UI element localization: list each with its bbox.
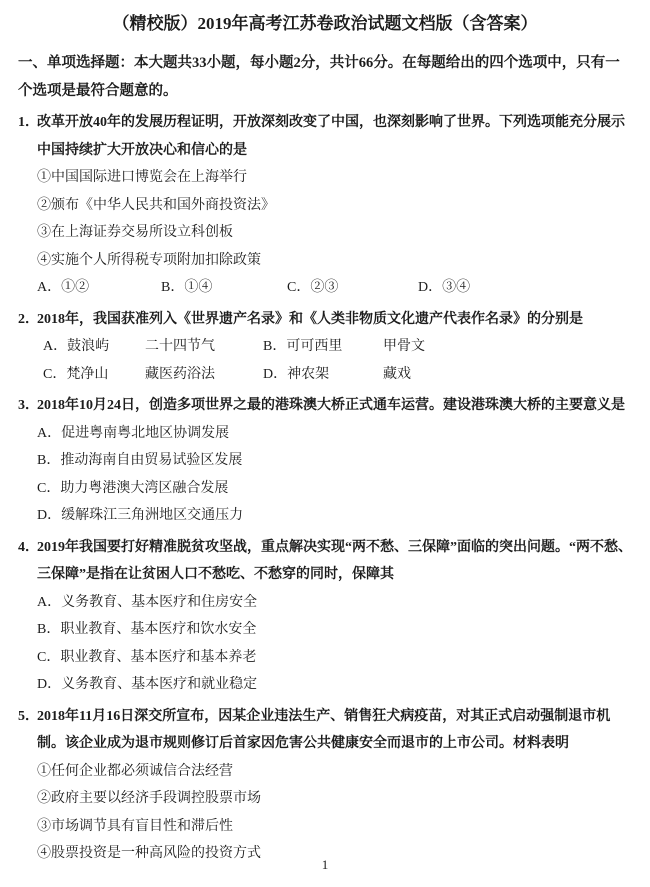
question-4-option-c: C．职业教育、基本医疗和基本养老 <box>37 644 632 672</box>
question-2-option-c2: 藏医药浴法 <box>145 361 263 389</box>
question-2-option-a: A．鼓浪屿 <box>37 333 145 361</box>
question-2-option-d2: 藏戏 <box>383 361 632 389</box>
question-1-option-d: D．③④ <box>418 274 632 302</box>
question-1-options-row: A．①② B．①④ C．②③ D．③④ <box>37 274 632 302</box>
question-4-option-b: B．职业教育、基本医疗和饮水安全 <box>37 616 632 644</box>
question-1-item-1: ①中国国际进口博览会在上海举行 <box>37 164 632 192</box>
question-1: 1． 改革开放40年的发展历程证明，开放深刻改变了中国，也深刻影响了世界。下列选… <box>18 109 632 302</box>
question-1-option-b: B．①④ <box>161 274 287 302</box>
question-4: 4． 2019年我国要打好精准脱贫攻坚战，重点解决实现“两不愁、三保障”面临的突… <box>18 534 632 699</box>
section-header: 一、单项选择题：本大题共33小题，每小题2分，共计66分。在每题给出的四个选项中… <box>18 50 632 105</box>
question-3-stem: 2018年10月24日，创造多项世界之最的港珠澳大桥正式通车运营。建设港珠澳大桥… <box>37 392 632 420</box>
question-4-number: 4． <box>18 534 39 562</box>
question-1-item-3: ③在上海证券交易所设立科创板 <box>37 219 632 247</box>
question-1-number: 1． <box>18 109 39 137</box>
page-number: 1 <box>0 857 650 873</box>
question-2-options-row-2: C．梵净山 藏医药浴法 D．神农架 藏戏 <box>37 361 632 389</box>
question-1-stem: 改革开放40年的发展历程证明，开放深刻改变了中国，也深刻影响了世界。下列选项能充… <box>37 109 632 164</box>
question-2-option-b2: 甲骨文 <box>383 333 632 361</box>
question-4-option-d: D．义务教育、基本医疗和就业稳定 <box>37 671 632 699</box>
question-2: 2． 2018年，我国获准列入《世界遗产名录》和《人类非物质文化遗产代表作名录》… <box>18 306 632 389</box>
question-3-option-b: B．推动海南自由贸易试验区发展 <box>37 447 632 475</box>
question-4-stem: 2019年我国要打好精准脱贫攻坚战，重点解决实现“两不愁、三保障”面临的突出问题… <box>37 534 632 589</box>
question-5-number: 5． <box>18 703 39 731</box>
question-2-option-b: B．可可西里 <box>263 333 383 361</box>
question-5-item-2: ②政府主要以经济手段调控股票市场 <box>37 785 632 813</box>
question-2-options-row-1: A．鼓浪屿 二十四节气 B．可可西里 甲骨文 <box>37 333 632 361</box>
question-5-item-1: ①任何企业都必须诚信合法经营 <box>37 758 632 786</box>
question-2-option-d: D．神农架 <box>263 361 383 389</box>
question-5-stem: 2018年11月16日深交所宣布，因某企业违法生产、销售狂犬病疫苗，对其正式启动… <box>37 703 632 758</box>
question-2-option-a2: 二十四节气 <box>145 333 263 361</box>
question-1-option-a: A．①② <box>37 274 161 302</box>
question-2-option-c: C．梵净山 <box>37 361 145 389</box>
question-3-number: 3． <box>18 392 39 420</box>
question-2-number: 2． <box>18 306 39 334</box>
question-2-stem: 2018年，我国获准列入《世界遗产名录》和《人类非物质文化遗产代表作名录》的分别… <box>37 306 632 334</box>
question-4-option-a: A．义务教育、基本医疗和住房安全 <box>37 589 632 617</box>
question-3-option-d: D．缓解珠江三角洲地区交通压力 <box>37 502 632 530</box>
question-1-item-2: ②颁布《中华人民共和国外商投资法》 <box>37 192 632 220</box>
question-5-item-3: ③市场调节具有盲目性和滞后性 <box>37 813 632 841</box>
question-1-option-c: C．②③ <box>287 274 418 302</box>
question-3-option-c: C．助力粤港澳大湾区融合发展 <box>37 475 632 503</box>
question-5: 5． 2018年11月16日深交所宣布，因某企业违法生产、销售狂犬病疫苗，对其正… <box>18 703 632 868</box>
question-1-item-4: ④实施个人所得税专项附加扣除政策 <box>37 247 632 275</box>
question-3: 3． 2018年10月24日，创造多项世界之最的港珠澳大桥正式通车运营。建设港珠… <box>18 392 632 530</box>
page-title: （精校版）2019年高考江苏卷政治试题文档版（含答案） <box>18 12 632 36</box>
exam-document-page: （精校版）2019年高考江苏卷政治试题文档版（含答案） 一、单项选择题：本大题共… <box>0 0 650 887</box>
question-3-option-a: A．促进粤南粤北地区协调发展 <box>37 420 632 448</box>
